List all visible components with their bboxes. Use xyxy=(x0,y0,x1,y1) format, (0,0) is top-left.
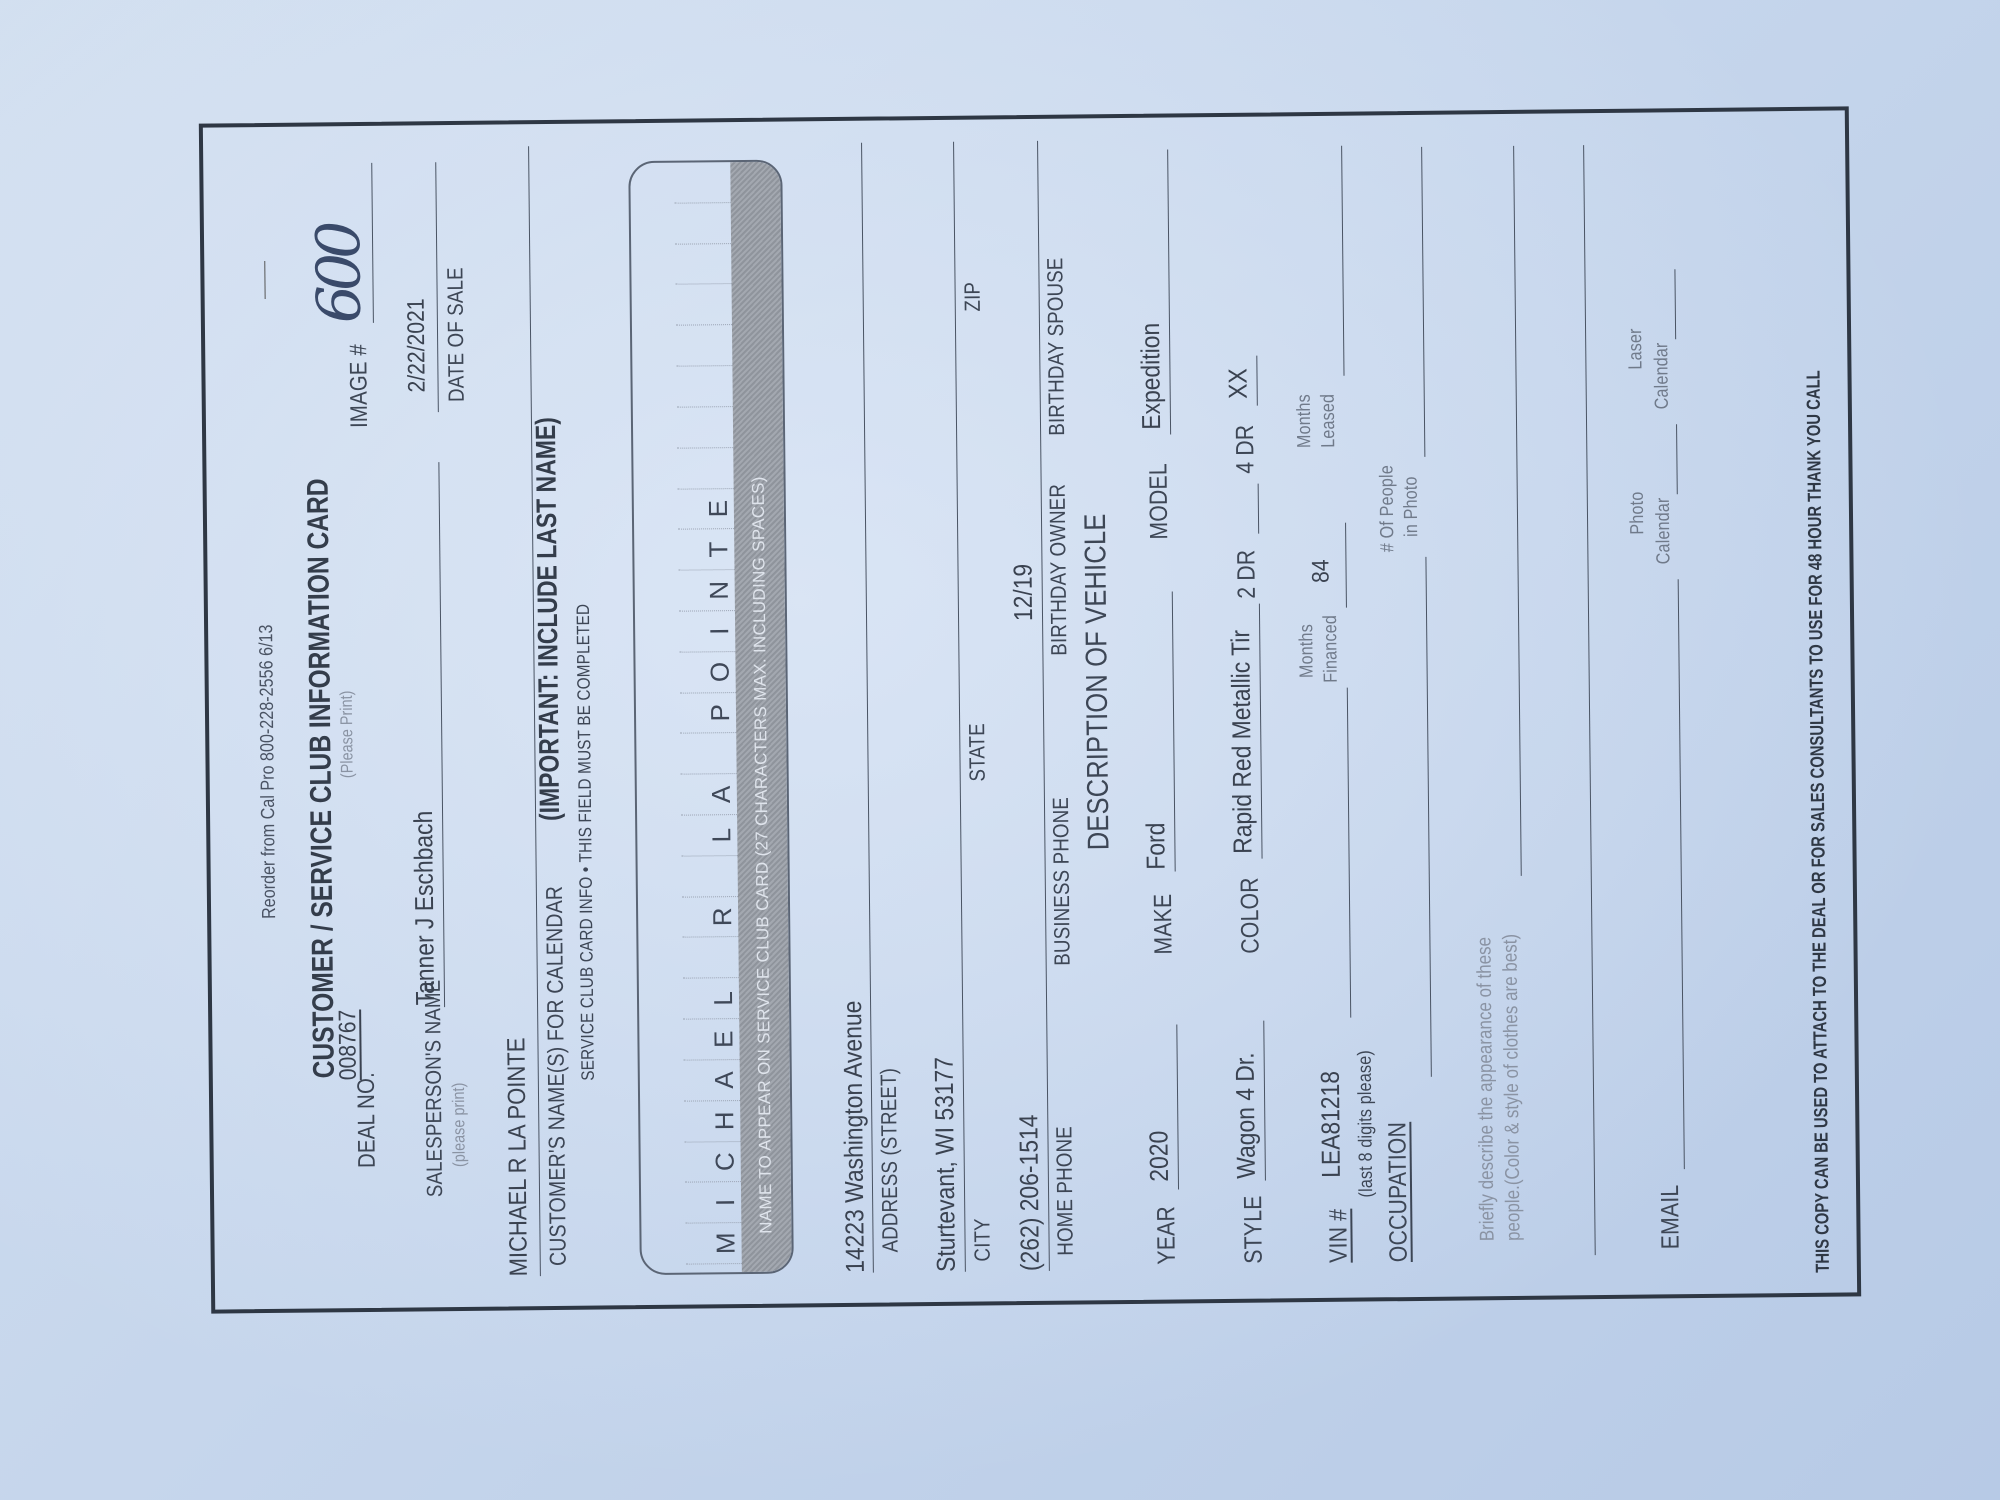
card-letter-cell[interactable] xyxy=(674,162,730,203)
people-in-photo-label-2: in Photo xyxy=(1401,476,1424,537)
months-leased-label-1: Months xyxy=(1294,394,1317,448)
card-letter-cell[interactable]: M xyxy=(685,1223,741,1264)
model-field[interactable]: Expedition xyxy=(1135,323,1167,430)
card-letter-cell[interactable]: H xyxy=(684,1101,740,1142)
year-label: YEAR xyxy=(1152,1206,1182,1265)
footer-note: THIS COPY CAN BE USED TO ATTACH TO THE D… xyxy=(1803,370,1834,1273)
salesperson-field[interactable]: Tanner J Eschbach xyxy=(408,811,441,1006)
form-title: CUSTOMER / SERVICE CLUB INFORMATION CARD xyxy=(302,478,342,1078)
state-label: STATE xyxy=(964,723,991,782)
laser-calendar-label-1: Laser xyxy=(1625,328,1647,369)
vehicle-section-title: DESCRIPTION OF VEHICLE xyxy=(1079,513,1117,850)
image-number-label: IMAGE # xyxy=(345,344,374,428)
appearance-hint-2: people.(Color & style of clothes are bes… xyxy=(1499,934,1525,1241)
two-door-label: 2 DR xyxy=(1232,549,1262,598)
card-letter-cell[interactable]: P xyxy=(680,693,736,734)
card-letter-cell[interactable] xyxy=(676,366,732,407)
card-letter-cell[interactable]: C xyxy=(685,1142,741,1183)
date-of-sale-underline xyxy=(435,162,439,412)
card-letter-cell[interactable]: T xyxy=(678,529,734,570)
photo-calendar-label-1: Photo xyxy=(1627,491,1649,534)
home-phone-label: HOME PHONE xyxy=(1051,1126,1078,1256)
months-leased-label-2: Leased xyxy=(1318,394,1341,448)
image-tick-mark xyxy=(264,261,265,299)
months-financed-label-1: Months xyxy=(1296,624,1319,678)
email-underline[interactable] xyxy=(1678,579,1685,1169)
service-club-card-name-box[interactable]: MICHAELRLAPOINTE NAME TO APPEAR ON SERVI… xyxy=(628,160,794,1276)
appearance-hint-1: Briefly describe the appearance of these xyxy=(1473,937,1499,1242)
vin-field[interactable]: LEA81218 xyxy=(1315,1071,1347,1178)
make-field[interactable]: Ford xyxy=(1140,822,1171,869)
style-underline xyxy=(1263,1021,1266,1181)
people-in-photo-underline[interactable] xyxy=(1421,147,1425,457)
please-print-note: (Please Print) xyxy=(337,691,358,779)
reorder-note: Reorder from Cal Pro 800-228-2556 6/13 xyxy=(256,624,281,919)
birthday-spouse-label: BIRTHDAY SPOUSE xyxy=(1042,257,1070,435)
customer-name-field[interactable]: MICHAEL R LA POINTE xyxy=(502,1037,533,1276)
card-letter-cell[interactable] xyxy=(675,203,731,244)
card-letter-cell[interactable] xyxy=(682,938,738,979)
card-letter-cell[interactable] xyxy=(675,244,731,285)
occupation-label: OCCUPATION xyxy=(1383,1122,1413,1263)
style-field[interactable]: Wagon 4 Dr. xyxy=(1230,1052,1262,1179)
occupation-underline[interactable] xyxy=(1425,557,1431,1077)
street-address-field[interactable]: 14223 Washington Avenue xyxy=(837,1000,871,1273)
months-financed-label-2: Financed xyxy=(1320,615,1343,683)
home-phone-field[interactable]: (262) 206-1514 xyxy=(1013,1114,1046,1271)
appearance-underline-1[interactable] xyxy=(1513,146,1522,876)
date-of-sale-field[interactable]: 2/22/2021 xyxy=(403,298,432,392)
months-financed-underline xyxy=(1345,523,1347,608)
salesperson-label: SALESPERSON'S NAME xyxy=(420,980,448,1198)
model-label: MODEL xyxy=(1144,463,1174,540)
card-letter-cell[interactable]: L xyxy=(681,815,737,856)
card-letter-cell[interactable] xyxy=(677,448,733,489)
email-label: EMAIL xyxy=(1656,1185,1686,1250)
vin-label: VIN # xyxy=(1324,1209,1354,1263)
card-info-label: SERVICE CLUB CARD INFO • THIS FIELD MUST… xyxy=(573,604,599,1081)
card-letter-cell[interactable]: L xyxy=(683,978,739,1019)
photo-calendar-checkline[interactable] xyxy=(1676,424,1678,494)
zip-label: ZIP xyxy=(960,282,986,312)
card-letter-cell[interactable]: I xyxy=(679,611,735,652)
city-field[interactable]: Sturtevant, WI 53177 xyxy=(929,1057,962,1272)
service-club-information-card: Reorder from Cal Pro 800-228-2556 6/13 C… xyxy=(199,106,1861,1313)
deal-number-field[interactable]: 008767 xyxy=(334,1010,363,1081)
vin-underline xyxy=(1347,688,1351,1018)
card-letter-cell[interactable]: N xyxy=(679,570,735,611)
street-label: ADDRESS (STREET) xyxy=(876,1068,904,1253)
card-letter-cell[interactable]: R xyxy=(682,897,738,938)
color-label: COLOR xyxy=(1236,877,1266,954)
card-letter-cell[interactable] xyxy=(676,285,732,326)
card-letter-cell[interactable] xyxy=(677,407,733,448)
four-door-label: 4 DR xyxy=(1231,424,1261,473)
year-underline xyxy=(1176,1024,1179,1189)
card-letter-cell[interactable]: E xyxy=(683,1019,739,1060)
appearance-underline-2[interactable] xyxy=(1583,145,1596,1255)
two-door-checkline[interactable] xyxy=(1258,484,1260,534)
business-phone-label: BUSINESS PHONE xyxy=(1048,797,1076,966)
birthday-owner-field[interactable]: 12/19 xyxy=(1007,564,1039,622)
photo-calendar-label-2: Calendar xyxy=(1653,497,1676,564)
birthday-owner-label: BIRTHDAY OWNER xyxy=(1045,484,1073,656)
color-field[interactable]: Rapid Red Metallic Tir xyxy=(1225,630,1258,854)
months-leased-underline[interactable] xyxy=(1341,146,1344,376)
card-letter-cell[interactable]: I xyxy=(685,1182,741,1223)
deal-number-label: DEAL NO. xyxy=(353,1072,382,1168)
people-in-photo-label-1: # Of People xyxy=(1376,465,1399,552)
customer-name-label: CUSTOMER'S NAME(S) FOR CALENDAR xyxy=(541,886,572,1266)
year-field[interactable]: 2020 xyxy=(1143,1131,1175,1182)
card-letter-grid[interactable]: MICHAELRLAPOINTE xyxy=(630,162,742,1273)
include-last-name-notice: (IMPORTANT: INCLUDE LAST NAME) xyxy=(530,417,566,821)
laser-calendar-label-2: Calendar xyxy=(1651,342,1674,409)
card-letter-cell[interactable]: E xyxy=(678,489,734,530)
card-letter-cell[interactable]: O xyxy=(679,652,735,693)
card-name-band: NAME TO APPEAR ON SERVICE CLUB CARD (27 … xyxy=(730,162,792,1272)
vin-hint: (last 8 digits please) xyxy=(1355,1050,1379,1198)
style-label: STYLE xyxy=(1239,1195,1269,1263)
date-of-sale-label: DATE OF SALE xyxy=(442,267,469,402)
model-underline xyxy=(1167,150,1171,435)
card-letter-cell[interactable]: A xyxy=(681,774,737,815)
make-underline xyxy=(1172,591,1176,871)
four-door-mark[interactable]: XX xyxy=(1222,368,1253,399)
color-underline xyxy=(1259,604,1263,859)
four-door-checkline xyxy=(1256,356,1258,406)
image-number-field[interactable]: 600 xyxy=(304,226,375,323)
card-letter-cell[interactable] xyxy=(682,856,738,897)
card-letter-cell[interactable] xyxy=(680,734,736,775)
card-letter-cell[interactable]: A xyxy=(684,1060,740,1101)
months-financed-field[interactable]: 84 xyxy=(1307,559,1335,583)
salesperson-please-print: (please print) xyxy=(449,1083,470,1168)
make-label: MAKE xyxy=(1149,894,1179,955)
laser-calendar-checkline[interactable] xyxy=(1674,269,1676,339)
city-label: CITY xyxy=(969,1218,995,1262)
card-letter-cell[interactable] xyxy=(676,325,732,366)
